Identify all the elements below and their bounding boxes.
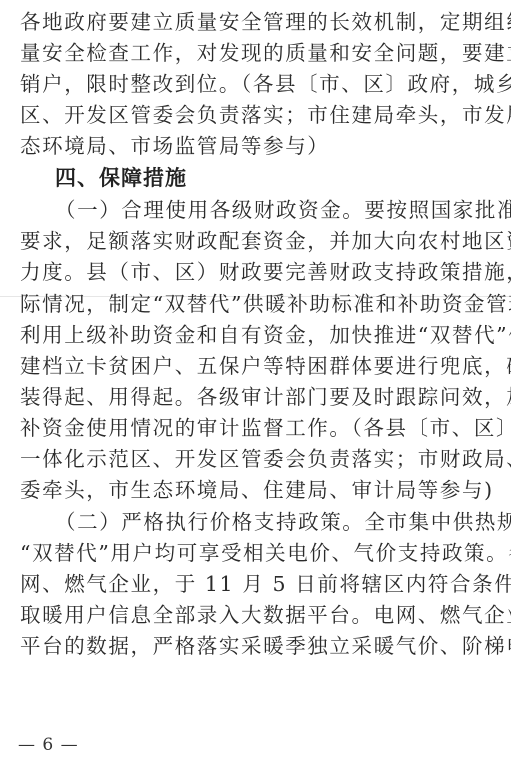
paragraph-line: 取暖用户信息全部录入大数据平台。电网、燃气企业根据大数据 [20,603,492,629]
paragraph-line: 际情况，制定“双替代”供暖补助标准和补助资金管理办法，统筹 [20,292,492,318]
subsection-title-line: （一）合理使用各级财政资金。要按照国家批准的试点方案 [55,198,492,224]
paragraph-line: 建档立卡贫困户、五保户等特困群体要进行兜底，确保居民取暖 [20,354,492,380]
paragraph-line: 量安全检查工作，对发现的质量和安全问题，要建立台账，逐一 [20,41,492,67]
paragraph-line: 利用上级补助资金和自有资金，加快推进“双替代”供暖工作。对 [20,323,492,349]
paragraph-line: 要求，足额落实财政配套资金，并加大向农村地区资金补贴倾斜 [20,229,492,255]
subsection-title-line: （二）严格执行价格支持政策。全市集中供热规划范围外的 [55,510,492,536]
paragraph-line: 网、燃气企业，于 11 月 5 日前将辖区内符合条件的用电、用气 [20,572,492,598]
paragraph-line: 一体化示范区、开发区管委会负责落实；市财政局、市发展改革 [20,447,492,473]
paragraph-line: 力度。县（市、区）财政要完善财政支持政策措施，根据当地实 [20,260,492,286]
paragraph-line: “双替代”用户均可享受相关电价、气价支持政策。各地要组织电 [20,541,492,567]
paragraph-line: 补资金使用情况的审计监督工作。（各县〔市、区〕政府，城乡 [20,416,492,442]
document-page: 各地政府要建立质量安全管理的长效机制，定期组织开展工程质 量安全检查工作，对发现… [0,0,511,760]
paragraph-line: 各地政府要建立质量安全管理的长效机制，定期组织开展工程质 [20,10,492,36]
paragraph-line: 区、开发区管委会负责落实；市住建局牵头，市发展改革委、生 [20,103,492,129]
section-heading: 四、保障措施 [55,166,187,190]
paragraph-line: 装得起、用得起。各级审计部门要及时跟踪问效，加大对财政奖 [20,385,492,411]
paragraph-line: 态环境局、市场监管局等参与） [20,134,492,160]
paragraph-line: 平台的数据，严格落实采暖季独立采暖气价、阶梯电价、居民峰 [20,634,492,660]
paragraph-line: 委牵头，市生态环境局、住建局、审计局等参与) [20,478,492,504]
page-number: — 6 — [18,735,79,755]
paragraph-line: 销户，限时整改到位。（各县〔市、区〕政府，城乡一体化示范 [20,72,492,98]
